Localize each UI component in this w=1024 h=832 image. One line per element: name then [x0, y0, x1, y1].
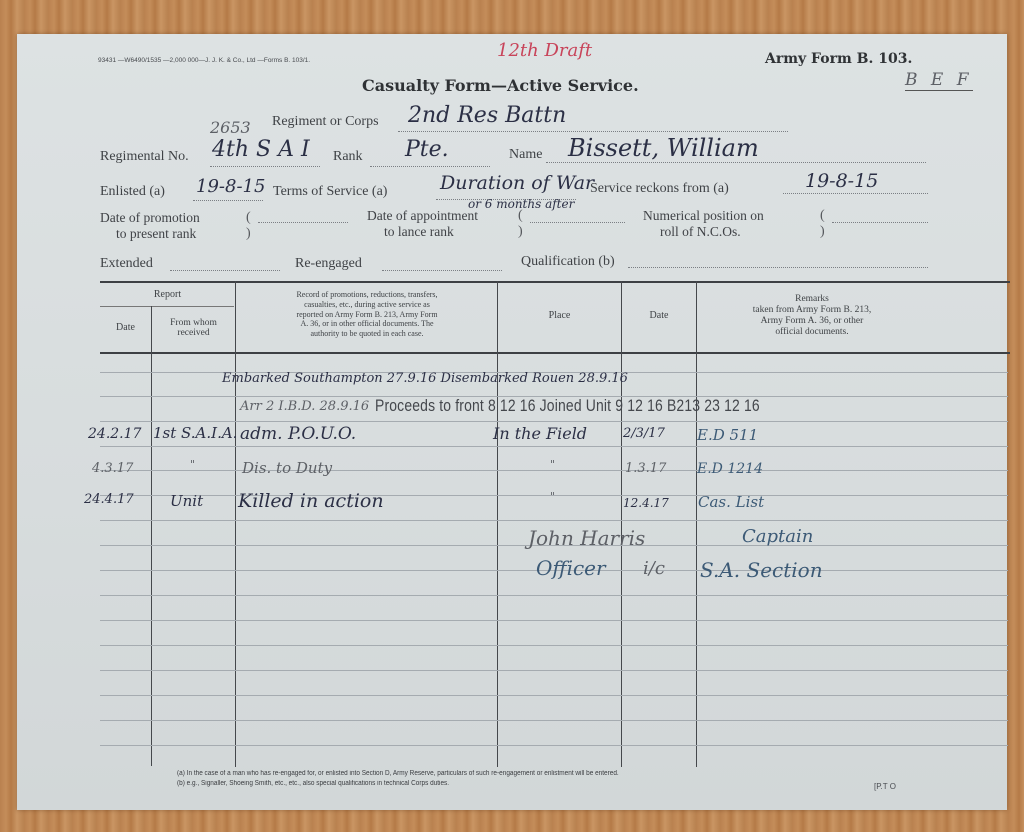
arrival-entry: Arr 2 I.B.D. 28.9.16: [240, 399, 369, 414]
row2-from: ": [190, 458, 195, 471]
row3-from: Unit: [170, 492, 203, 510]
promotion-label: Date of promotionto present rank: [100, 210, 200, 242]
typed-movement-entry: Proceeds to front 8 12 16 Joined Unit 9 …: [375, 396, 760, 416]
bef-annotation: B E F: [905, 70, 973, 91]
header-date2: Date: [622, 311, 696, 321]
row3-date2: 12.4.17: [623, 496, 669, 510]
name-value: Bissett, William: [568, 134, 759, 162]
row3-date: 24.4.17: [84, 492, 134, 507]
row1-record: adm. P.O.U.O.: [240, 424, 356, 444]
regimental-no-value: 4th S A I: [212, 137, 310, 162]
signature-ic: i/c: [643, 558, 665, 579]
row2-date: 4.3.17: [92, 461, 133, 476]
pto-marker: [P.T O: [874, 782, 896, 791]
name-label: Name: [509, 147, 542, 163]
rank-label: Rank: [333, 149, 363, 165]
row1-place: In the Field: [493, 424, 587, 443]
footnote-a: (a) In the case of a man who has re-enga…: [177, 770, 619, 777]
row3-record: Killed in action: [238, 490, 384, 512]
terms-label: Terms of Service (a): [273, 184, 387, 200]
service-reckons-label: Service reckons from (a): [590, 181, 729, 197]
row1-from: 1st S.A.I.A.: [153, 424, 237, 442]
qualification-label: Qualification (b): [521, 254, 615, 270]
extended-label: Extended: [100, 256, 153, 272]
form-title: Casualty Form—Active Service.: [362, 76, 639, 95]
row2-date2: 1.3.17: [625, 461, 666, 476]
signature-section: S.A. Section: [700, 558, 823, 582]
service-reckons-value: 19-8-15: [805, 170, 878, 192]
header-record: Record of promotions, reductions, transf…: [238, 290, 496, 339]
enlisted-label: Enlisted (a): [100, 184, 165, 200]
header-report: Report: [100, 290, 235, 300]
draft-annotation: 12th Draft: [497, 40, 592, 61]
rank-value: Pte.: [405, 137, 449, 162]
row2-remarks: E.D 1214: [697, 461, 763, 477]
enlisted-value: 19-8-15: [196, 176, 265, 197]
regiment-value: 2nd Res Battn: [408, 103, 566, 128]
row2-place: ": [550, 458, 555, 471]
reengaged-label: Re-engaged: [295, 256, 362, 272]
signature-officer: Officer: [536, 556, 606, 580]
row3-remarks: Cas. List: [698, 493, 764, 511]
appointment-label: Date of appointmentto lance rank: [367, 208, 478, 240]
regimental-no-annotation: 2653: [210, 118, 251, 137]
regiment-label: Regiment or Corps: [272, 114, 379, 130]
form-number: Army Form B. 103.: [765, 51, 912, 67]
printer-line: 93431 —W6490/1535 —2,000 000—J. J. K. & …: [98, 57, 310, 64]
header-date: Date: [100, 323, 151, 333]
row2-record: Dis. to Duty: [242, 459, 332, 477]
header-from-whom: From whomreceived: [152, 318, 235, 338]
numerical-position-label: Numerical position onroll of N.C.Os.: [643, 208, 764, 240]
row1-date2: 2/3/17: [623, 426, 665, 441]
row1-date: 24.2.17: [88, 426, 141, 442]
row1-remarks: E.D 511: [697, 426, 758, 444]
signature-rank: Captain: [742, 526, 813, 547]
header-place: Place: [498, 311, 621, 321]
terms-value-line1: Duration of War: [440, 172, 594, 194]
embarked-entry: Embarked Southampton 27.9.16 Disembarked…: [222, 371, 628, 386]
signature-name: John Harris: [528, 526, 645, 550]
footnote-b: (b) e.g., Signaller, Shoeing Smith, etc.…: [177, 780, 449, 787]
row3-place: ": [550, 490, 555, 503]
header-remarks: Remarkstaken from Army Form B. 213,Army …: [697, 294, 927, 338]
regimental-no-label: Regimental No.: [100, 149, 189, 165]
